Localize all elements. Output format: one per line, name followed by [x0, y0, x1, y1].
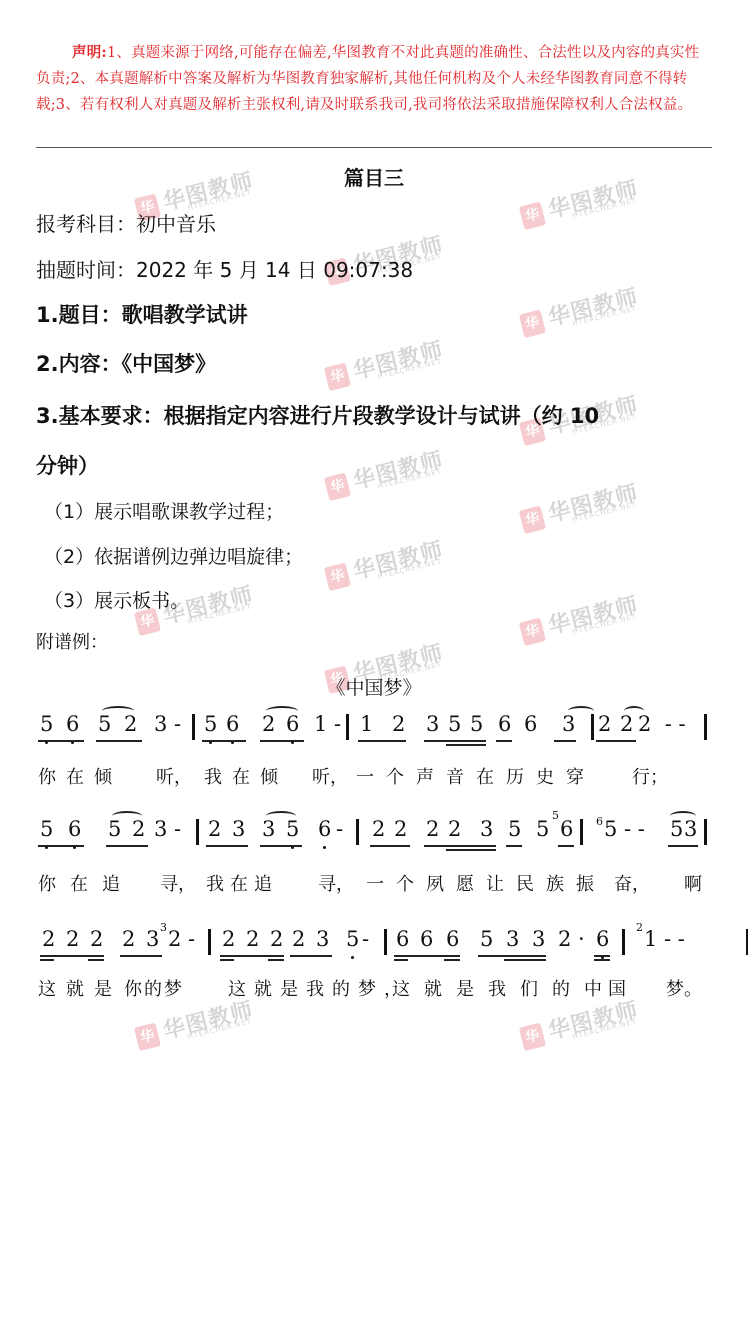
song-title: 《中国梦》: [0, 673, 748, 700]
requirements-heading: 3.基本要求：根据指定内容进行片段教学设计与试讲（约 10: [36, 400, 599, 430]
requirement-item: （3）展示板书。: [44, 586, 189, 613]
section-title: 篇目三: [0, 162, 748, 191]
watermark: 华华图教师HTEACHER.NET: [517, 474, 643, 542]
score-line-1: 56 52 3 - 56 26 1 - 12 355 6 6 3 22 2 - …: [36, 712, 716, 748]
lyrics-line-3: 这就是你的梦 这就是我的梦， 这就是我们的中国梦。: [36, 975, 716, 1005]
content: 2.内容：《中国梦》: [36, 348, 216, 378]
watermark-logo-icon: 华: [324, 363, 351, 392]
score-line-3: 222 23 3 2 - 222 23 5- 666 533 2 · 6 2 1…: [36, 927, 716, 963]
score-line-2: 56 52 3 - 23 35 6- 22 223 5 5 5 6 6 5 - …: [36, 817, 716, 853]
watermark-logo-icon: 华: [324, 473, 351, 502]
disclaimer-lead: 声明:: [72, 44, 107, 61]
watermark-logo-icon: 华: [519, 506, 546, 535]
watermark: 华华图教师HTEACHER.NET: [322, 441, 448, 509]
exam-subject: 报考科目：初中音乐: [36, 208, 216, 237]
divider: [36, 147, 712, 148]
watermark: 华华图教师HTEACHER.NET: [517, 586, 643, 654]
watermark-logo-icon: 华: [134, 1023, 161, 1052]
watermark-logo-icon: 华: [519, 1023, 546, 1052]
disclaimer-body: 1、真题来源于网络,可能存在偏差,华图教育不对此真题的准确性、合法性以及内容的真…: [36, 45, 699, 113]
topic: 1.题目：歌唱教学试讲: [36, 299, 248, 329]
watermark-logo-icon: 华: [324, 563, 351, 592]
watermark-logo-icon: 华: [519, 202, 546, 231]
watermark: 华华图教师HTEACHER.NET: [322, 531, 448, 599]
lyrics-line-2: 你在追寻， 我在追寻， 一个夙愿让民族振奋， 啊: [36, 870, 716, 900]
requirement-item: （2）依据谱例边弹边唱旋律；: [44, 542, 303, 569]
watermark: 华华图教师HTEACHER.NET: [322, 331, 448, 399]
disclaimer: 声明:1、真题来源于网络,可能存在偏差,华图教育不对此真题的准确性、合法性以及内…: [36, 40, 712, 118]
lyrics-line-1: 你在倾听， 我在倾听， 一个声音在历史穿行；: [36, 763, 716, 793]
watermark-logo-icon: 华: [519, 310, 546, 339]
draw-time: 抽题时间：2022 年 5 月 14 日 09:07:38: [36, 254, 413, 283]
requirement-item: （1）展示唱歌课教学过程；: [44, 497, 284, 524]
watermark: 华华图教师HTEACHER.NET: [517, 278, 643, 346]
appendix-label: 附谱例：: [36, 628, 108, 654]
watermark-logo-icon: 华: [519, 618, 546, 647]
requirements-heading-cont: 分钟）: [36, 450, 99, 480]
